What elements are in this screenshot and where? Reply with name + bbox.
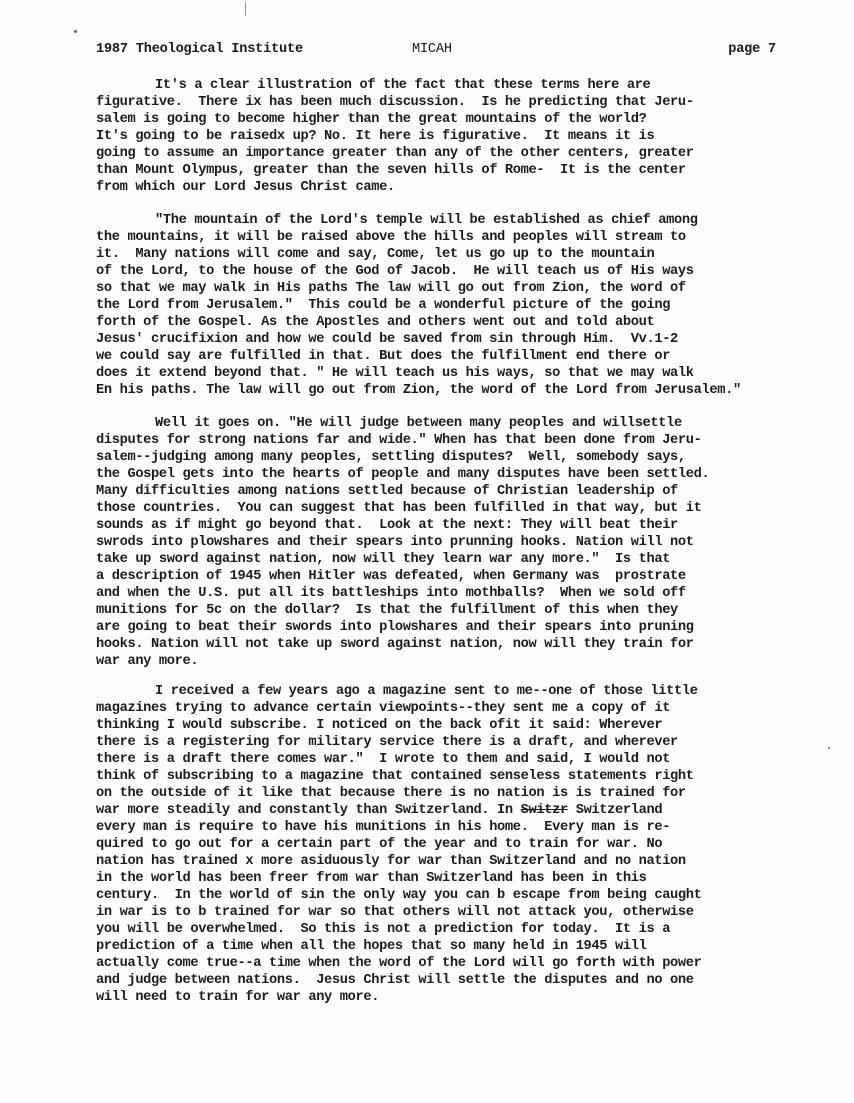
text-line: will need to train for war any more. <box>96 989 379 1006</box>
text-line: war any more. <box>96 653 198 670</box>
header-institute: 1987 Theological Institute <box>96 42 303 57</box>
text-line: nation has trained x more asiduously for… <box>96 853 686 870</box>
text-line: take up sword against nation, now will t… <box>96 551 670 568</box>
text-line: salem is going to become higher than the… <box>96 111 646 128</box>
text-line: going to assume an importance greater th… <box>96 145 694 162</box>
text-line: "The mountain of the Lord's temple will … <box>155 212 698 229</box>
text-line: prediction of a time when all the hopes … <box>96 938 646 955</box>
text-line: En his paths. The law will go out from Z… <box>96 382 741 399</box>
text-line: salem--judging among many peoples, settl… <box>96 449 686 466</box>
header-title: MICAH <box>412 42 452 57</box>
text-line: disputes for strong nations far and wide… <box>96 432 702 449</box>
text-line: in war is to b trained for war so that o… <box>96 904 694 921</box>
text-segment: war more steadily and constantly than Sw… <box>96 803 521 818</box>
text-line: thinking I would subscribe. I noticed on… <box>96 717 662 734</box>
text-line: the Gospel gets into the hearts of peopl… <box>96 466 709 483</box>
text-line: it. Many nations will come and say, Come… <box>96 246 654 263</box>
scan-speck <box>245 2 246 16</box>
scan-speck <box>74 30 77 33</box>
text-line: of the Lord, to the house of the God of … <box>96 263 694 280</box>
text-line: hooks. Nation will not take up sword aga… <box>96 636 694 653</box>
text-line: from which our Lord Jesus Christ came. <box>96 179 395 196</box>
text-line: forth of the Gospel. As the Apostles and… <box>96 314 654 331</box>
scan-speck <box>828 747 830 749</box>
text-line: are going to beat their swords into plow… <box>96 619 694 636</box>
page-header: 1987 Theological Institute MICAH page 7 <box>96 42 776 62</box>
text-line: It's going to be raisedx up? No. It here… <box>96 128 654 145</box>
text-line: we could say are fulfilled in that. But … <box>96 348 670 365</box>
text-line: there is a registering for military serv… <box>96 734 678 751</box>
struck-out-word: Switzr <box>521 803 568 818</box>
text-line: on the outside of it like that because t… <box>96 785 686 802</box>
text-line: does it extend beyond that. " He will te… <box>96 365 694 382</box>
text-line: every man is require to have his munitio… <box>96 819 670 836</box>
text-line-with-strikeout: war more steadily and constantly than Sw… <box>96 802 662 819</box>
text-line: you will be overwhelmed. So this is not … <box>96 921 670 938</box>
document-page: 1987 Theological Institute MICAH page 7 … <box>0 0 854 1103</box>
text-line: there is a draft there comes war." I wro… <box>96 751 670 768</box>
text-line: a description of 1945 when Hitler was de… <box>96 568 686 585</box>
text-line: and judge between nations. Jesus Christ … <box>96 972 694 989</box>
text-line: figurative. There ix has been much discu… <box>96 94 694 111</box>
text-line: magazines trying to advance certain view… <box>96 700 670 717</box>
text-line: actually come true--a time when the word… <box>96 955 702 972</box>
text-line: so that we may walk in His paths The law… <box>96 280 686 297</box>
text-line: the Lord from Jerusalem." This could be … <box>96 297 670 314</box>
text-line: think of subscribing to a magazine that … <box>96 768 694 785</box>
text-line: Many difficulties among nations settled … <box>96 483 678 500</box>
text-line: than Mount Olympus, greater than the sev… <box>96 162 686 179</box>
text-line: Jesus' crucifixion and how we could be s… <box>96 331 678 348</box>
text-line: swrods into plowshares and their spears … <box>96 534 694 551</box>
text-line: Well it goes on. "He will judge between … <box>155 415 682 432</box>
text-line: in the world has been freer from war tha… <box>96 870 646 887</box>
header-page-number: page 7 <box>728 42 776 57</box>
text-line: It's a clear illustration of the fact th… <box>155 77 650 94</box>
text-line: sounds as if might go beyond that. Look … <box>96 517 678 534</box>
text-line: munitions for 5c on the dollar? Is that … <box>96 602 678 619</box>
text-line: I received a few years ago a magazine se… <box>155 683 698 700</box>
text-line: those countries. You can suggest that ha… <box>96 500 702 517</box>
text-line: the mountains, it will be raised above t… <box>96 229 686 246</box>
text-line: and when the U.S. put all its battleship… <box>96 585 686 602</box>
text-segment: Switzerland <box>568 803 662 818</box>
text-line: century. In the world of sin the only wa… <box>96 887 702 904</box>
text-line: quired to go out for a certain part of t… <box>96 836 662 853</box>
